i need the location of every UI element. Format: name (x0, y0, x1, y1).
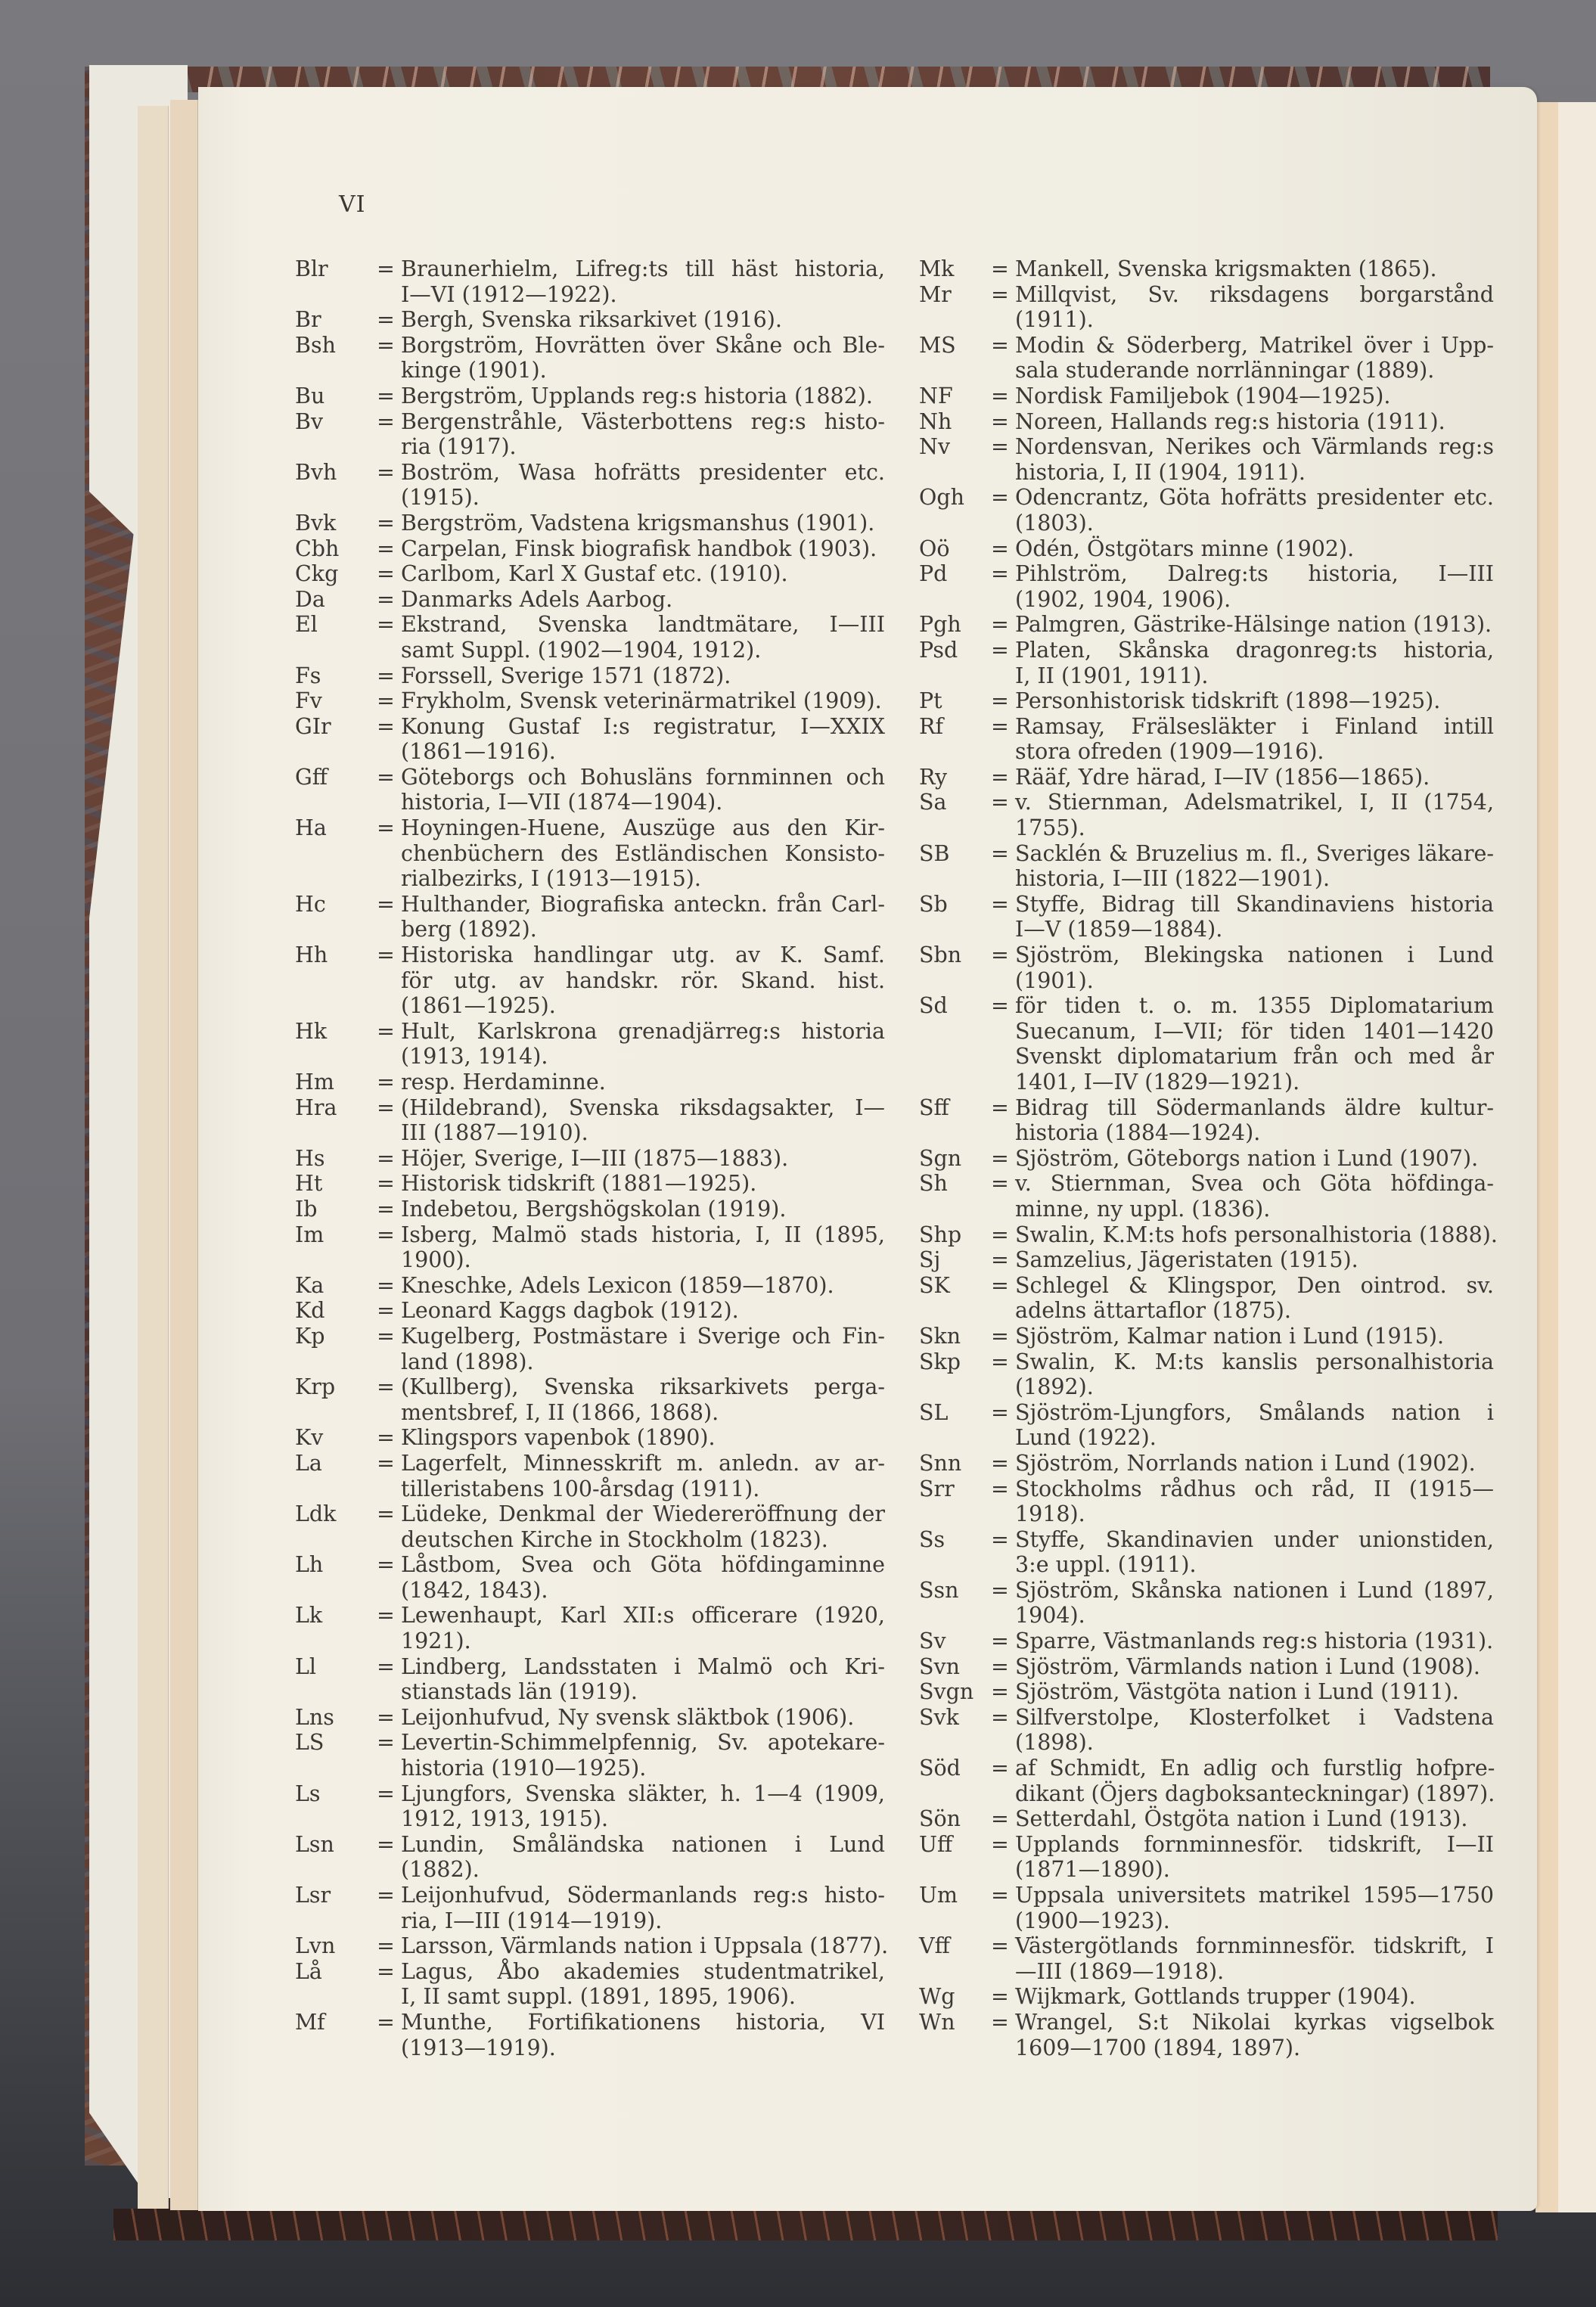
abbreviation-code: Bvh (295, 460, 377, 511)
definition-line: Borgström, Hovrätten över Skåne och Ble- (401, 333, 885, 359)
abbreviation-code: Lns (295, 1705, 377, 1731)
abbreviation-list-right: Mk=Mankell, Svenska krigsmakten (1865).M… (919, 256, 1494, 2060)
equals-sign: = (377, 1832, 401, 1883)
definition-line: Millqvist, Sv. riksdagens borgarstånd (1015, 282, 1494, 308)
abbreviation-entry: Pt=Personhistorisk tidskrift (1898—1925)… (919, 688, 1494, 714)
equals-sign: = (991, 1171, 1015, 1222)
equals-sign: = (377, 561, 401, 587)
definition-line: Silfverstolpe, Klosterfolket i Vadstena (1015, 1705, 1494, 1731)
definition-line: Suecanum, I—VII; för tiden 1401—1420 (1015, 1019, 1494, 1045)
abbreviation-definition: Carlbom, Karl X Gustaf etc. (1910). (401, 561, 885, 587)
definition-line: Sjöström, Västgöta nation i Lund (1911). (1015, 1679, 1494, 1705)
abbreviation-entry: Kv=Klingspors vapenbok (1890). (295, 1425, 885, 1451)
definition-line: (1911). (1015, 307, 1494, 333)
abbreviation-entry: Bsh=Borgström, Hovrätten över Skåne och … (295, 333, 885, 383)
abbreviation-definition: Bergh, Svenska riksarkivet (1916). (401, 307, 885, 333)
definition-line: historia, I—VII (1874—1904). (401, 790, 885, 815)
abbreviation-definition: Stockholms rådhus och råd, II (1915—1918… (1015, 1476, 1494, 1527)
abbreviation-code: Sön (919, 1806, 991, 1832)
abbreviation-entry: Lsn=Lundin, Småländska nationen i Lund(1… (295, 1832, 885, 1883)
abbreviation-entry: Ssn=Sjöström, Skånska nationen i Lund (1… (919, 1578, 1494, 1629)
definition-line: adelns ättartaflor (1875). (1015, 1298, 1494, 1324)
equals-sign: = (991, 892, 1015, 942)
abbreviation-entry: Lvn=Larsson, Värmlands nation i Uppsala … (295, 1933, 885, 1959)
abbreviation-code: Söd (919, 1756, 991, 1806)
abbreviation-code: SK (919, 1273, 991, 1324)
definition-line: Bidrag till Södermanlands äldre kultur- (1015, 1095, 1494, 1121)
abbreviation-definition: Odén, Östgötars minne (1902). (1015, 536, 1494, 562)
definition-line: (1842, 1843). (401, 1578, 885, 1604)
definition-line: Wijkmark, Gottlands trupper (1904). (1015, 1984, 1494, 2010)
abbreviation-definition: Braunerhielm, Lifreg:ts till häst histor… (401, 256, 885, 307)
equals-sign: = (991, 1247, 1015, 1273)
abbreviation-code: Hk (295, 1019, 377, 1070)
abbreviation-definition: Boström, Wasa hofrätts presidenter etc.(… (401, 460, 885, 511)
abbreviation-entry: Ib=Indebetou, Bergshögskolan (1919). (295, 1197, 885, 1222)
definition-line: Carlbom, Karl X Gustaf etc. (1910). (401, 561, 885, 587)
abbreviation-code: El (295, 612, 377, 663)
abbreviation-code: Sff (919, 1095, 991, 1146)
abbreviation-entry: Sv=Sparre, Västmanlands reg:s historia (… (919, 1629, 1494, 1654)
definition-line: Styffe, Skandinavien under unionstiden, (1015, 1527, 1494, 1553)
equals-sign: = (377, 333, 401, 383)
definition-line: Hult, Karlskrona grenadjärreg:s historia (401, 1019, 885, 1045)
equals-sign: = (377, 1501, 401, 1552)
definition-line: Danmarks Adels Aarbog. (401, 587, 885, 613)
equals-sign: = (991, 1451, 1015, 1476)
equals-sign: = (377, 1019, 401, 1070)
abbreviation-entry: Skn=Sjöström, Kalmar nation i Lund (1915… (919, 1324, 1494, 1349)
abbreviation-code: Mr (919, 282, 991, 333)
equals-sign: = (991, 1832, 1015, 1883)
abbreviation-definition: Styffe, Skandinavien under unionstiden,3… (1015, 1527, 1494, 1578)
abbreviation-entry: Blr=Braunerhielm, Lifreg:ts till häst hi… (295, 256, 885, 307)
abbreviation-code: Svgn (919, 1679, 991, 1705)
abbreviation-entry: Im=Isberg, Malmö stads historia, I, II (… (295, 1222, 885, 1273)
equals-sign: = (991, 1324, 1015, 1349)
equals-sign: = (991, 1527, 1015, 1578)
definition-line: Ekstrand, Svenska landtmätare, I—III (401, 612, 885, 638)
abbreviation-entry: Ll=Lindberg, Landsstaten i Malmö och Kri… (295, 1654, 885, 1705)
abbreviation-definition: Sacklén & Bruzelius m. fl., Sveriges läk… (1015, 841, 1494, 892)
abbreviation-definition: Lewenhaupt, Karl XII:s officerare (1920,… (401, 1603, 885, 1653)
definition-line: deutschen Kirche in Stockholm (1823). (401, 1527, 885, 1553)
definition-line: I, II samt suppl. (1891, 1895, 1906). (401, 1984, 885, 2010)
abbreviation-definition: Samzelius, Jägeristaten (1915). (1015, 1247, 1494, 1273)
abbreviation-entry: Hk=Hult, Karlskrona grenadjärreg:s histo… (295, 1019, 885, 1070)
abbreviation-code: Vff (919, 1933, 991, 1984)
definition-line: Ljungfors, Svenska släkter, h. 1—4 (1909… (401, 1781, 885, 1807)
abbreviation-code: Sbn (919, 942, 991, 993)
definition-line: Sjöström, Norrlands nation i Lund (1902)… (1015, 1451, 1494, 1476)
definition-line: (1882). (401, 1857, 885, 1883)
abbreviation-entry: Lsr=Leijonhufvud, Södermanlands reg:s hi… (295, 1883, 885, 1933)
abbreviation-entry: NF=Nordisk Familjebok (1904—1925). (919, 383, 1494, 409)
equals-sign: = (377, 688, 401, 714)
definition-line: kinge (1901). (401, 358, 885, 383)
abbreviation-code: Rf (919, 714, 991, 765)
abbreviation-definition: Swalin, K.M:ts hofs personalhistoria (18… (1015, 1222, 1498, 1248)
definition-line: Nordensvan, Nerikes och Värmlands reg:s (1015, 434, 1494, 460)
definition-line: stora ofreden (1909—1916). (1015, 739, 1494, 765)
definition-line: Ramsay, Frälsesläkter i Finland intill (1015, 714, 1494, 740)
abbreviation-code: Mk (919, 256, 991, 282)
equals-sign: = (377, 714, 401, 765)
abbreviation-code: Shp (919, 1222, 991, 1248)
equals-sign: = (991, 1349, 1015, 1400)
abbreviation-entry: MS=Modin & Söderberg, Matrikel över i Up… (919, 333, 1494, 383)
definition-line: resp. Herdaminne. (401, 1070, 885, 1095)
equals-sign: = (991, 561, 1015, 612)
abbreviation-code: Skn (919, 1324, 991, 1349)
definition-line: Modin & Söderberg, Matrikel över i Upp- (1015, 333, 1494, 359)
abbreviation-code: Br (295, 307, 377, 333)
abbreviation-entry: Hs=Höjer, Sverige, I—III (1875—1883). (295, 1146, 885, 1172)
definition-line: historia (1884—1924). (1015, 1120, 1494, 1146)
equals-sign: = (991, 790, 1015, 840)
abbreviation-code: Lå (295, 1959, 377, 2010)
equals-sign: = (377, 1095, 401, 1146)
equals-sign: = (991, 333, 1015, 383)
definition-line: Sjöström, Kalmar nation i Lund (1915). (1015, 1324, 1494, 1349)
definition-line: 1904). (1015, 1603, 1494, 1629)
abbreviation-definition: Sjöström, Skånska nationen i Lund (1897,… (1015, 1578, 1494, 1629)
abbreviation-code: Ldk (295, 1501, 377, 1552)
abbreviation-entry: Mr=Millqvist, Sv. riksdagens borgarstånd… (919, 282, 1494, 333)
abbreviation-entry: Bvk=Bergström, Vadstena krigsmanshus (19… (295, 511, 885, 536)
abbreviation-entry: Söd=af Schmidt, En adlig och furstlig ho… (919, 1756, 1494, 1806)
definition-line: Lund (1922). (1015, 1425, 1494, 1451)
equals-sign: = (991, 841, 1015, 892)
abbreviation-code: Im (295, 1222, 377, 1273)
abbreviation-entry: Ry=Rääf, Ydre härad, I—IV (1856—1865). (919, 765, 1494, 790)
abbreviation-code: Ls (295, 1781, 377, 1832)
abbreviation-definition: Bidrag till Södermanlands äldre kultur-h… (1015, 1095, 1494, 1146)
abbreviation-entry: Vff=Västergötlands fornminnesför. tidskr… (919, 1933, 1494, 1984)
abbreviation-entry: Bv=Bergenstråhle, Västerbottens reg:s hi… (295, 409, 885, 460)
abbreviation-entry: Kd=Leonard Kaggs dagbok (1912). (295, 1298, 885, 1324)
definition-line: 3:e uppl. (1911). (1015, 1552, 1494, 1578)
equals-sign: = (991, 383, 1015, 409)
abbreviation-entry: SK=Schlegel & Klingspor, Den ointrod. sv… (919, 1273, 1494, 1324)
abbreviation-code: Wn (919, 2010, 991, 2060)
equals-sign: = (991, 1095, 1015, 1146)
definition-line: 1609—1700 (1894, 1897). (1015, 2035, 1494, 2061)
abbreviation-code: Fv (295, 688, 377, 714)
equals-sign: = (991, 1883, 1015, 1933)
abbreviation-code: Ssn (919, 1578, 991, 1629)
facing-page (1558, 102, 1596, 2212)
abbreviation-definition: Wijkmark, Gottlands trupper (1904). (1015, 1984, 1494, 2010)
definition-line: Munthe, Fortifikationens historia, VI (401, 2010, 885, 2035)
definition-line: (Kullberg), Svenska riksarkivets perga- (401, 1374, 885, 1400)
definition-line: III (1887—1910). (401, 1120, 885, 1146)
abbreviation-code: Hm (295, 1070, 377, 1095)
abbreviation-definition: Kugelberg, Postmästare i Sverige och Fin… (401, 1324, 885, 1374)
abbreviation-definition: v. Stiernman, Svea och Göta höfdinga-min… (1015, 1171, 1494, 1222)
definition-line: Hulthander, Biografiska anteckn. från Ca… (401, 892, 885, 918)
definition-line: tilleristabens 100-årsdag (1911). (401, 1476, 885, 1502)
abbreviation-entry: Pgh=Palmgren, Gästrike-Hälsinge nation (… (919, 612, 1494, 638)
abbreviation-entry: La=Lagerfelt, Minnesskrift m. anledn. av… (295, 1451, 885, 1501)
abbreviation-entry: Wn=Wrangel, S:t Nikolai kyrkas vigselbok… (919, 2010, 1494, 2060)
definition-line: Wrangel, S:t Nikolai kyrkas vigselbok (1015, 2010, 1494, 2035)
abbreviation-entry: Lh=Låstbom, Svea och Göta höfdingaminne(… (295, 1552, 885, 1603)
definition-line: stianstads län (1919). (401, 1679, 885, 1705)
definition-line: af Schmidt, En adlig och furstlig hofpre… (1015, 1756, 1495, 1781)
equals-sign: = (991, 765, 1015, 790)
abbreviation-code: MS (919, 333, 991, 383)
equals-sign: = (377, 383, 401, 409)
equals-sign: = (991, 1679, 1015, 1705)
abbreviation-code: Ogh (919, 485, 991, 536)
definition-line: —III (1869—1918). (1015, 1959, 1494, 1985)
abbreviation-entry: Ht=Historisk tidskrift (1881—1925). (295, 1171, 885, 1197)
abbreviation-code: Bsh (295, 333, 377, 383)
definition-line: Lundin, Småländska nationen i Lund (401, 1832, 885, 1858)
definition-line: I—V (1859—1884). (1015, 917, 1494, 942)
equals-sign: = (377, 1374, 401, 1425)
definition-line: v. Stiernman, Adelsmatrikel, I, II (1754… (1015, 790, 1494, 815)
equals-sign: = (991, 638, 1015, 688)
equals-sign: = (377, 1324, 401, 1374)
equals-sign: = (377, 307, 401, 333)
abbreviation-entry: Pd=Pihlström, Dalreg:ts historia, I—III(… (919, 561, 1494, 612)
abbreviation-definition: Munthe, Fortifikationens historia, VI(19… (401, 2010, 885, 2060)
equals-sign: = (991, 1629, 1015, 1654)
equals-sign: = (377, 1298, 401, 1324)
abbreviation-definition: Göteborgs och Bohusläns fornminnen ochhi… (401, 765, 885, 815)
definition-line: (1902, 1904, 1906). (1015, 587, 1494, 613)
abbreviation-definition: Historiska handlingar utg. av K. Samf.fö… (401, 942, 885, 1019)
definition-line: Frykholm, Svensk veterinärmatrikel (1909… (401, 688, 885, 714)
abbreviation-definition: Forssell, Sverige 1571 (1872). (401, 663, 885, 689)
abbreviation-entry: Sbn=Sjöström, Blekingska nationen i Lund… (919, 942, 1494, 993)
definition-line: v. Stiernman, Svea och Göta höfdinga- (1015, 1171, 1494, 1197)
equals-sign: = (991, 409, 1015, 435)
definition-line: Swalin, K. M:ts kanslis personalhistoria (1015, 1349, 1494, 1375)
abbreviation-definition: Hult, Karlskrona grenadjärreg:s historia… (401, 1019, 885, 1070)
abbreviation-code: Sgn (919, 1146, 991, 1172)
abbreviation-definition: Bergenstråhle, Västerbottens reg:s histo… (401, 409, 885, 460)
equals-sign: = (377, 1552, 401, 1603)
equals-sign: = (991, 2010, 1015, 2060)
abbreviation-definition: Carpelan, Finsk biografisk handbok (1903… (401, 536, 885, 562)
abbreviation-definition: Höjer, Sverige, I—III (1875—1883). (401, 1146, 885, 1172)
equals-sign: = (377, 511, 401, 536)
equals-sign: = (991, 1222, 1015, 1248)
abbreviation-definition: Konung Gustaf I:s registratur, I—XXIX(18… (401, 714, 885, 765)
abbreviation-code: Sb (919, 892, 991, 942)
equals-sign: = (377, 460, 401, 511)
definition-line: I—VI (1912—1922). (401, 282, 885, 308)
equals-sign: = (991, 714, 1015, 765)
equals-sign: = (377, 1425, 401, 1451)
definition-line: för tiden t. o. m. 1355 Diplomatarium (1015, 993, 1494, 1019)
abbreviation-code: GIr (295, 714, 377, 765)
equals-sign: = (377, 1451, 401, 1501)
abbreviation-entry: Svgn=Sjöström, Västgöta nation i Lund (1… (919, 1679, 1494, 1705)
equals-sign: = (991, 612, 1015, 638)
definition-line: Mankell, Svenska krigsmakten (1865). (1015, 256, 1494, 282)
definition-line: land (1898). (401, 1349, 885, 1375)
definition-line: Västergötlands fornminnesför. tidskrift,… (1015, 1933, 1494, 1959)
abbreviation-code: Lh (295, 1552, 377, 1603)
abbreviation-code: Kv (295, 1425, 377, 1451)
abbreviation-entry: Sj=Samzelius, Jägeristaten (1915). (919, 1247, 1494, 1273)
abbreviation-definition: Danmarks Adels Aarbog. (401, 587, 885, 613)
definition-line: Leijonhufvud, Ny svensk släktbok (1906). (401, 1705, 885, 1731)
abbreviation-entry: Nv=Nordensvan, Nerikes och Värmlands reg… (919, 434, 1494, 485)
abbreviation-definition: Kneschke, Adels Lexicon (1859—1870). (401, 1273, 885, 1299)
abbreviation-code: Mf (295, 2010, 377, 2060)
equals-sign: = (991, 1933, 1015, 1984)
definition-line: Styffe, Bidrag till Skandinaviens histor… (1015, 892, 1494, 918)
abbreviation-entry: Sd=för tiden t. o. m. 1355 Diplomatarium… (919, 993, 1494, 1095)
definition-line: I, II (1901, 1911). (1015, 663, 1494, 689)
abbreviation-entry: El=Ekstrand, Svenska landtmätare, I—IIIs… (295, 612, 885, 663)
definition-line: Platen, Skånska dragonreg:ts historia, (1015, 638, 1494, 663)
abbreviation-code: Bu (295, 383, 377, 409)
definition-line: 1401, I—IV (1829—1921). (1015, 1070, 1494, 1095)
abbreviation-definition: Millqvist, Sv. riksdagens borgarstånd(19… (1015, 282, 1494, 333)
abbreviation-definition: Ljungfors, Svenska släkter, h. 1—4 (1909… (401, 1781, 885, 1832)
abbreviation-entry: Snn=Sjöström, Norrlands nation i Lund (1… (919, 1451, 1494, 1476)
equals-sign: = (377, 765, 401, 815)
equals-sign: = (991, 1806, 1015, 1832)
equals-sign: = (991, 1578, 1015, 1629)
abbreviation-code: Uff (919, 1832, 991, 1883)
abbreviation-definition: Setterdahl, Östgöta nation i Lund (1913)… (1015, 1806, 1494, 1832)
abbreviation-definition: Silfverstolpe, Klosterfolket i Vadstena(… (1015, 1705, 1494, 1756)
equals-sign: = (377, 892, 401, 942)
abbreviation-definition: Indebetou, Bergshögskolan (1919). (401, 1197, 885, 1222)
abbreviation-entry: Hm=resp. Herdaminne. (295, 1070, 885, 1095)
abbreviation-entry: Ha=Hoyningen-Huene, Auszüge aus den Kir-… (295, 815, 885, 892)
definition-line: Isberg, Malmö stads historia, I, II (189… (401, 1222, 885, 1248)
abbreviation-definition: Lagerfelt, Minnesskrift m. anledn. av ar… (401, 1451, 885, 1501)
abbreviation-definition: Bergström, Vadstena krigsmanshus (1901). (401, 511, 885, 536)
equals-sign: = (991, 536, 1015, 562)
abbreviation-definition: Lüdeke, Denkmal der Wiedereröffnung derd… (401, 1501, 885, 1552)
definition-line: 1900). (401, 1247, 885, 1273)
abbreviation-entry: Skp=Swalin, K. M:ts kanslis personalhist… (919, 1349, 1494, 1400)
abbreviation-definition: Larsson, Värmlands nation i Uppsala (187… (401, 1933, 888, 1959)
abbreviation-entry: Ss=Styffe, Skandinavien under unionstide… (919, 1527, 1494, 1578)
equals-sign: = (991, 1756, 1015, 1806)
definition-line: sala studerande norrlänningar (1889). (1015, 358, 1494, 383)
definition-line: Lindberg, Landsstaten i Malmö och Kri- (401, 1654, 885, 1680)
abbreviation-code: Kd (295, 1298, 377, 1324)
abbreviation-definition: Schlegel & Klingspor, Den ointrod. sv.ad… (1015, 1273, 1494, 1324)
abbreviation-entry: Rf=Ramsay, Frälsesläkter i Finland intil… (919, 714, 1494, 765)
equals-sign: = (377, 1603, 401, 1653)
abbreviation-code: Sd (919, 993, 991, 1095)
definition-line: 1912, 1913, 1915). (401, 1806, 885, 1832)
abbreviation-definition: Leijonhufvud, Ny svensk släktbok (1906). (401, 1705, 885, 1731)
abbreviation-entry: SB=Sacklén & Bruzelius m. fl., Sveriges … (919, 841, 1494, 892)
definition-line: Konung Gustaf I:s registratur, I—XXIX (401, 714, 885, 740)
definition-line: (1915). (401, 485, 885, 511)
definition-line: (1898). (1015, 1730, 1494, 1756)
definition-line: Odén, Östgötars minne (1902). (1015, 536, 1494, 562)
definition-line: Bergenstråhle, Västerbottens reg:s histo… (401, 409, 885, 435)
abbreviation-entry: Mf=Munthe, Fortifikationens historia, VI… (295, 2010, 885, 2060)
abbreviation-code: Kp (295, 1324, 377, 1374)
abbreviation-code: Ss (919, 1527, 991, 1578)
abbreviation-code: Fs (295, 663, 377, 689)
equals-sign: = (377, 1933, 401, 1959)
abbreviation-definition: Leijonhufvud, Södermanlands reg:s histo-… (401, 1883, 885, 1933)
abbreviation-code: Ha (295, 815, 377, 892)
abbreviation-code: La (295, 1451, 377, 1501)
abbreviation-definition: Sparre, Västmanlands reg:s historia (193… (1015, 1629, 1494, 1654)
abbreviation-code: Sv (919, 1629, 991, 1654)
abbreviation-definition: Sjöström, Göteborgs nation i Lund (1907)… (1015, 1146, 1494, 1172)
abbreviation-entry: Bu=Bergström, Upplands reg:s historia (1… (295, 383, 885, 409)
definition-line: Kugelberg, Postmästare i Sverige och Fin… (401, 1324, 885, 1349)
abbreviation-entry: Mk=Mankell, Svenska krigsmakten (1865). (919, 256, 1494, 282)
abbreviation-definition: Historisk tidskrift (1881—1925). (401, 1171, 885, 1197)
equals-sign: = (377, 1781, 401, 1832)
abbreviation-entry: Lå=Lagus, Åbo akademies studentmatrikel,… (295, 1959, 885, 2010)
abbreviation-entry: LS=Levertin-Schimmelpfennig, Sv. apoteka… (295, 1730, 885, 1781)
abbreviation-entry: Sön=Setterdahl, Östgöta nation i Lund (1… (919, 1806, 1494, 1832)
abbreviation-code: Wg (919, 1984, 991, 2010)
equals-sign: = (991, 256, 1015, 282)
abbreviation-code: Lvn (295, 1933, 377, 1959)
equals-sign: = (991, 1400, 1015, 1451)
abbreviation-entry: GIr=Konung Gustaf I:s registratur, I—XXI… (295, 714, 885, 765)
definition-line: Swalin, K.M:ts hofs personalhistoria (18… (1015, 1222, 1498, 1248)
abbreviation-entry: Wg=Wijkmark, Gottlands trupper (1904). (919, 1984, 1494, 2010)
abbreviation-definition: af Schmidt, En adlig och furstlig hofpre… (1015, 1756, 1495, 1806)
abbreviation-entry: Sgn=Sjöström, Göteborgs nation i Lund (1… (919, 1146, 1494, 1172)
equals-sign: = (377, 1705, 401, 1731)
abbreviation-definition: Hoyningen-Huene, Auszüge aus den Kir-che… (401, 815, 885, 892)
abbreviation-definition: Sjöström, Norrlands nation i Lund (1902)… (1015, 1451, 1494, 1476)
equals-sign: = (377, 1171, 401, 1197)
abbreviation-entry: Svn=Sjöström, Värmlands nation i Lund (1… (919, 1654, 1494, 1680)
definition-line: (1901). (1015, 968, 1494, 994)
abbreviation-list-left: Blr=Braunerhielm, Lifreg:ts till häst hi… (295, 256, 885, 2060)
abbreviation-code: Da (295, 587, 377, 613)
abbreviation-definition: Isberg, Malmö stads historia, I, II (189… (401, 1222, 885, 1273)
equals-sign: = (377, 256, 401, 307)
definition-line: Bergström, Upplands reg:s historia (1882… (401, 383, 885, 409)
abbreviation-definition: Borgström, Hovrätten över Skåne och Ble-… (401, 333, 885, 383)
abbreviation-code: NF (919, 383, 991, 409)
abbreviation-code: Pgh (919, 612, 991, 638)
equals-sign: = (377, 587, 401, 613)
equals-sign: = (377, 1146, 401, 1172)
definition-line: Sacklén & Bruzelius m. fl., Sveriges läk… (1015, 841, 1494, 867)
abbreviation-entry: Lns=Leijonhufvud, Ny svensk släktbok (19… (295, 1705, 885, 1731)
definition-line: (1892). (1015, 1374, 1494, 1400)
abbreviation-code: Ll (295, 1654, 377, 1705)
abbreviation-entry: Fs=Forssell, Sverige 1571 (1872). (295, 663, 885, 689)
abbreviation-entry: Svk=Silfverstolpe, Klosterfolket i Vadst… (919, 1705, 1494, 1756)
abbreviation-code: Sj (919, 1247, 991, 1273)
abbreviation-code: Gff (295, 765, 377, 815)
abbreviation-definition: (Hildebrand), Svenska riksdagsakter, I—I… (401, 1095, 885, 1146)
definition-line: Forssell, Sverige 1571 (1872). (401, 663, 885, 689)
abbreviation-entry: Shp=Swalin, K.M:ts hofs personalhistoria… (919, 1222, 1494, 1248)
abbreviation-definition: Lundin, Småländska nationen i Lund(1882)… (401, 1832, 885, 1883)
abbreviation-definition: Klingspors vapenbok (1890). (401, 1425, 885, 1451)
definition-line: 1755). (1015, 815, 1494, 841)
abbreviation-code: Blr (295, 256, 377, 307)
